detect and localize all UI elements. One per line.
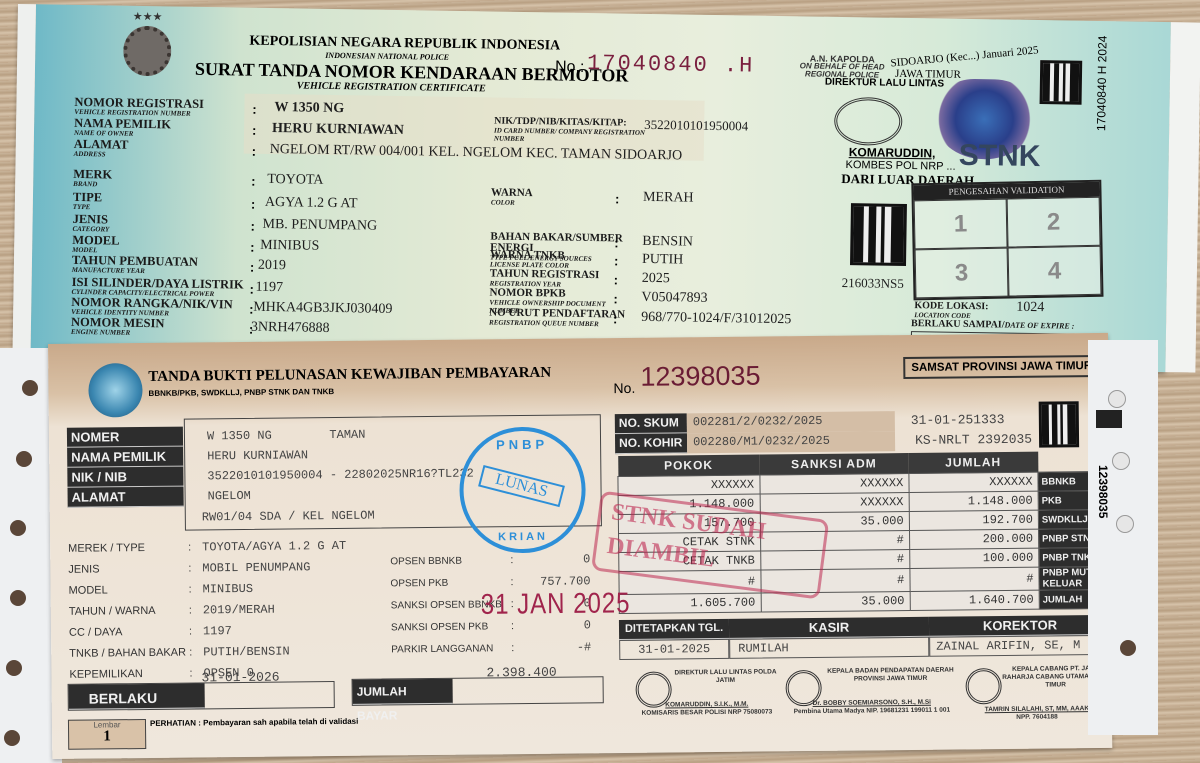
- lunas-stamp-bottom: KRIAN: [464, 530, 582, 543]
- field-colon: :: [252, 144, 257, 159]
- lunas-stamp: PNBP LUNAS KRIAN: [459, 426, 586, 553]
- receipt-title: TANDA BUKTI PELUNASAN KEWAJIBAN PEMBAYAR…: [148, 365, 551, 386]
- field-value: 1197: [255, 280, 283, 296]
- vehicle-value: 2019/MERAH: [203, 602, 275, 617]
- korektor-label: KOREKTOR: [929, 615, 1111, 637]
- field-colon: :: [250, 219, 255, 234]
- validation-cell: 1: [914, 199, 1008, 250]
- field-label: TIPETYPE: [73, 192, 248, 214]
- serial-label: No.:: [555, 58, 585, 76]
- vehicle-colon: :: [188, 562, 202, 574]
- field-label: ALAMATADDRESS: [74, 139, 249, 161]
- qr-code-receipt: [1039, 401, 1079, 447]
- skum-label: NO. SKUM: [615, 413, 687, 434]
- opsen-value: 0: [530, 552, 590, 567]
- field-value: MERAH: [643, 190, 694, 207]
- signature-block: KEPALA BADAN PENDAPATAN DAERAH PROVINSI …: [781, 664, 962, 724]
- field-label: MERKBRAND: [73, 169, 248, 191]
- perforated-edge: [1165, 22, 1200, 372]
- assessment-block: DITETAPKAN TGL. KASIR KOREKTOR 31-01-202…: [619, 615, 1111, 660]
- opsen-label: OPSEN PKB: [390, 577, 510, 589]
- field-value: 2019: [258, 258, 286, 274]
- lembar-box: Lembar 1: [68, 719, 146, 750]
- tax-jumlah: #: [910, 567, 1039, 591]
- jumlah-bayar-label: JUMLAH BAYAR: [353, 679, 453, 705]
- tax-jumlah: 200.000: [909, 529, 1038, 549]
- perforated-strip-right: 12398035: [1088, 340, 1158, 735]
- vehicle-colon: :: [189, 583, 203, 595]
- identity-label: NAMA PEMILIK: [67, 447, 183, 468]
- tax-pokok: XXXXXX: [618, 475, 760, 495]
- expiry-label-text: BERLAKU SAMPAI/: [911, 318, 1005, 330]
- field-label-en: COLOR: [491, 198, 631, 208]
- tax-sanksi: XXXXXX: [760, 492, 909, 513]
- vehicle-block: MEREK / TYPE:TOYOTA/AGYA 1.2 G ATJENIS:M…: [68, 534, 400, 684]
- hologram-text: STNK: [958, 139, 1040, 174]
- reference-2: KS-NRLT 2392035: [915, 432, 1032, 448]
- field-colon: :: [614, 272, 619, 287]
- date-stamp: 31 JAN 2025: [481, 587, 631, 622]
- vehicle-colon: :: [189, 604, 203, 616]
- vehicle-label: TAHUN / WARNA: [69, 604, 189, 617]
- vehicle-value: TOYOTA/AGYA 1.2 G AT: [202, 538, 346, 554]
- receipt-no-label: No.: [613, 380, 635, 396]
- field-colon: :: [251, 174, 256, 189]
- side-receipt-number: 12398035: [1096, 465, 1110, 518]
- field-colon: :: [615, 191, 620, 206]
- signatory-name: KOMARUDDIN,: [849, 145, 936, 160]
- vehicle-label: MEREK / TYPE: [68, 541, 188, 554]
- field-colon: :: [614, 235, 619, 250]
- vehicle-value: MINIBUS: [202, 581, 253, 596]
- opsen-row: OPSEN BBNKB:0: [390, 548, 590, 572]
- skum-value: 002281/2/0232/2025: [687, 411, 895, 433]
- stars-icon: ★★★: [133, 10, 163, 23]
- identity-label: NIK / NIB: [67, 467, 183, 488]
- berlaku-value: 31-01-2026: [201, 670, 279, 686]
- qr-code-top: [1040, 60, 1083, 105]
- field-value: MHKA4GB3JKJ030409: [253, 300, 392, 318]
- stnk-certificate: ★★★ KEPOLISIAN NEGARA REPUBLIK INDONESIA…: [13, 4, 1171, 372]
- tax-jumlah: 1.640.700: [910, 590, 1039, 610]
- seal-icon: [785, 670, 821, 706]
- side-serial: 17040840 H 2024: [1094, 36, 1109, 132]
- location-code-value: 1024: [1016, 300, 1044, 316]
- payment-receipt: TANDA BUKTI PELUNASAN KEWAJIBAN PEMBAYAR…: [48, 333, 1112, 759]
- berlaku-block: BERLAKU: [68, 681, 335, 711]
- col-pokok: POKOK: [618, 455, 760, 477]
- field-value: W 1350 NG: [274, 100, 344, 117]
- tax-jumlah: 192.700: [909, 510, 1038, 530]
- kohir-label: NO. KOHIR: [615, 433, 687, 454]
- tax-pokok: 1.605.700: [619, 593, 761, 613]
- tax-jumlah: 1.148.000: [909, 491, 1038, 511]
- document-title-en: VEHICLE REGISTRATION CERTIFICATE: [297, 80, 486, 94]
- field-label: NO URUT PENDAFTARANREGISTRATION QUEUE NU…: [489, 307, 629, 328]
- col-sanksi: SANKSI ADM: [759, 453, 908, 475]
- validation-cell: 4: [1008, 246, 1102, 297]
- field-label: NOMOR MESINENGINE NUMBER: [71, 317, 246, 339]
- vehicle-label: MODEL: [69, 583, 189, 596]
- vehicle-label: JENIS: [68, 562, 188, 575]
- opsen-label: OPSEN BBNKB: [390, 555, 510, 567]
- seal-icon: [635, 671, 671, 707]
- tax-jumlah: XXXXXX: [909, 472, 1038, 492]
- nik-label: NIK/TDP/NIB/KITAS/KITAP: ID CARD NUMBER/…: [494, 115, 664, 145]
- serial-number: 17040840 .H: [587, 51, 755, 79]
- vehicle-label: KEPEMILIKAN: [69, 667, 189, 680]
- identity-label: ALAMAT: [68, 487, 184, 508]
- field-label-text: WARNA: [491, 186, 533, 199]
- tax-sanksi: XXXXXX: [759, 473, 908, 494]
- opsen-row: PARKIR LANGGANAN:-#: [391, 636, 591, 660]
- official-stamp-icon: [834, 97, 903, 146]
- opsen-colon: :: [511, 642, 531, 654]
- vehicle-colon: :: [189, 646, 203, 658]
- skum-block: NO. SKUM 002281/2/0232/2025 NO. KOHIR 00…: [615, 411, 895, 454]
- field-label: WARNACOLOR: [491, 187, 631, 208]
- field-label-en: ADDRESS: [74, 150, 249, 161]
- signature-title: KEPALA BADAN PENDAPATAN DAERAH PROVINSI …: [819, 666, 961, 683]
- validation-cell: 2: [1007, 197, 1101, 248]
- vehicle-colon: :: [189, 625, 203, 637]
- col-jumlah: JUMLAH: [908, 452, 1037, 474]
- nik-value: 3522010101950004: [644, 117, 748, 135]
- sensor-mark: [1096, 410, 1122, 428]
- receipt-number: 12398035: [640, 361, 760, 393]
- lunas-stamp-top: PNBP: [463, 436, 581, 452]
- field-value: HERU KURNIAWAN: [272, 121, 404, 139]
- location-code-label: KODE LOKASI: LOCATION CODE: [914, 300, 988, 320]
- ditetapkan-label: DITETAPKAN TGL.: [619, 619, 729, 640]
- vehicle-colon: :: [188, 541, 202, 553]
- field-value: V05047893: [641, 290, 707, 307]
- samsat-office: SAMSAT PROVINSI JAWA TIMUR: [903, 355, 1100, 379]
- validation-box: PENGESAHAN VALIDATION 1 2 3 4: [911, 180, 1103, 301]
- field-colon: :: [252, 102, 257, 117]
- vehicle-value: PUTIH/BENSIN: [203, 644, 290, 659]
- kasir-label: KASIR: [729, 617, 929, 639]
- nik-label-en: ID CARD NUMBER/ COMPANY REGISTRATION NUM…: [494, 126, 664, 145]
- reference-1: 31-01-251333: [911, 412, 1005, 428]
- field-value: 3NRH476888: [251, 320, 330, 337]
- field-value: 968/770-1024/F/31012025: [641, 310, 791, 328]
- field-value: BENSIN: [642, 234, 693, 251]
- qr-code-text: 216033NS5: [842, 275, 904, 292]
- opsen-colon: :: [510, 554, 530, 566]
- lunas-stamp-center: LUNAS: [478, 465, 565, 507]
- signature-sub: KOMISARIS BESAR POLISI NRP 75080073: [632, 708, 782, 718]
- vehicle-value: MOBIL PENUMPANG: [202, 560, 310, 575]
- receipt-subtitle: BBNKB/PKB, SWDKLLJ, PNBP STNK DAN TNKB: [148, 387, 334, 398]
- field-value: TOYOTA: [267, 172, 323, 189]
- lembar-value: 1: [69, 729, 145, 744]
- field-colon: :: [251, 197, 256, 212]
- kasir-value: RUMILAH: [729, 637, 929, 659]
- expiry-label-en: DATE OF EXPIRE :: [1004, 321, 1074, 331]
- jumlah-bayar-block: JUMLAH BAYAR: [352, 676, 604, 706]
- tax-jumlah: 100.000: [909, 548, 1038, 568]
- signatory-title: A.N. KAPOLDA ON BEHALF OF HEAD REGIONAL …: [797, 54, 887, 79]
- jumlah-bayar-value: 2.398.400: [486, 665, 556, 681]
- field-value: AGYA 1.2 G AT: [265, 195, 358, 212]
- expiry-label: BERLAKU SAMPAI/DATE OF EXPIRE :: [911, 318, 1101, 332]
- field-colon: :: [252, 123, 257, 138]
- ditetapkan-value: 31-01-2025: [619, 639, 729, 660]
- field-colon: :: [250, 240, 255, 255]
- field-value: MINIBUS: [260, 238, 319, 255]
- berlaku-label: BERLAKU: [69, 683, 205, 709]
- payment-notice: PERHATIAN : Pembayaran sah apabila telah…: [150, 717, 358, 728]
- tax-row: 1.605.70035.0001.640.700JUMLAH: [619, 589, 1108, 613]
- place-date: SIDOARJO (Kec...) Januari 2025: [890, 44, 1039, 69]
- field-label: TAHUN PEMBUATANMANUFACTURE YEAR: [72, 255, 247, 277]
- qr-code: [850, 203, 907, 266]
- field-value: PUTIH: [642, 252, 683, 269]
- signature-title: DIREKTUR LALU LINTAS POLDA JATIM: [669, 668, 781, 685]
- vehicle-value: 1197: [203, 624, 232, 638]
- vehicle-label: CC / DAYA: [69, 625, 189, 638]
- seal-icon: [965, 668, 1001, 704]
- field-colon: :: [614, 253, 619, 268]
- field-colon: :: [613, 311, 618, 326]
- region: JAWA TIMUR: [895, 68, 961, 81]
- field-label-en: BRAND: [73, 180, 248, 191]
- signatures: DIREKTUR LALU LINTAS POLDA JATIMKOMARUDD…: [631, 663, 1112, 726]
- opsen-label: SANKSI OPSEN PKB: [391, 621, 511, 633]
- vehicle-label: TNKB / BAHAN BAKAR: [69, 646, 189, 659]
- field-value: 2025: [642, 271, 670, 287]
- field-colon: :: [249, 282, 254, 297]
- opsen-value: -#: [531, 640, 591, 655]
- identity-label: NOMER REGISTER: [67, 427, 183, 448]
- korektor-value: ZAINAL ARIFIN, SE, M: [929, 635, 1111, 657]
- field-colon: :: [250, 260, 255, 275]
- police-emblem-icon: [123, 26, 172, 77]
- field-value: MB. PENUMPANG: [262, 217, 377, 235]
- hologram-seal-icon: [88, 363, 143, 418]
- signature-sub: Pembina Utama Madya NIP. 19681231 199011…: [782, 706, 962, 716]
- field-colon: :: [613, 291, 618, 306]
- kohir-value: 002280/M1/0232/2025: [687, 431, 895, 453]
- validation-cell: 3: [915, 248, 1009, 299]
- opsen-colon: :: [510, 576, 530, 588]
- opsen-label: PARKIR LANGGANAN: [391, 643, 511, 655]
- signature-block: DIREKTUR LALU LINTAS POLDA JATIMKOMARUDD…: [631, 666, 782, 726]
